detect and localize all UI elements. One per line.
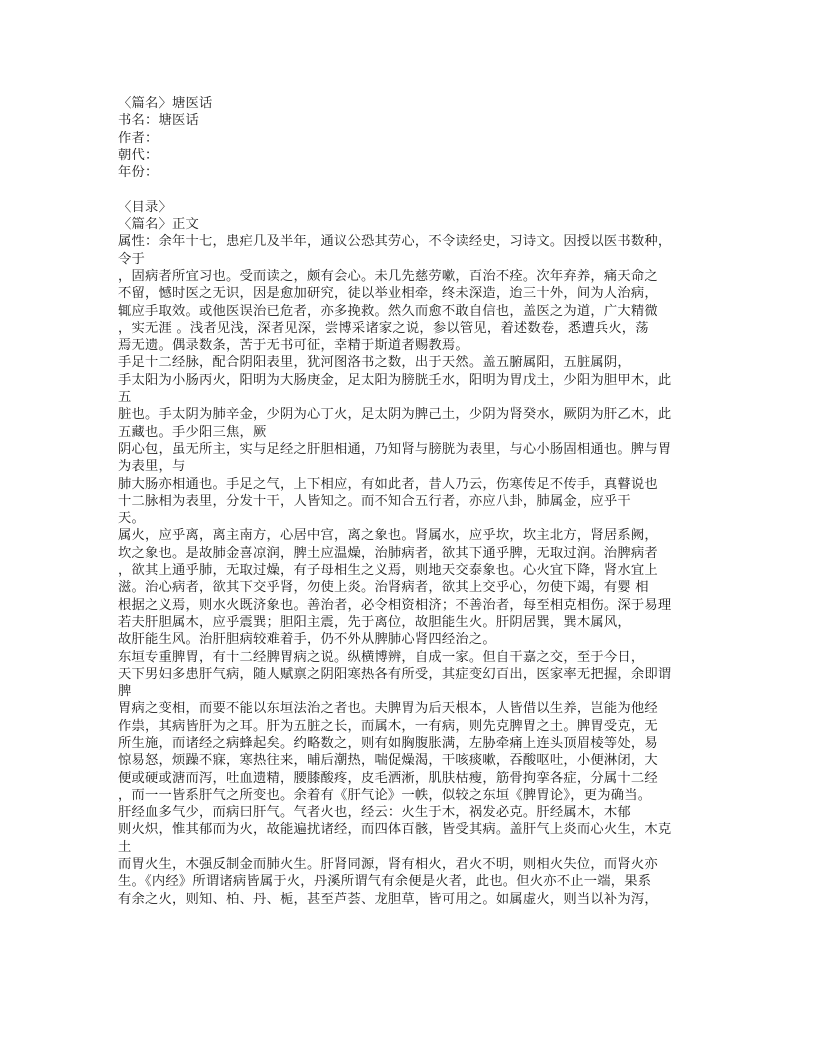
body-line: 东垣专重脾胃，有十二经脾胃病之说。纵横博辨，自成一家。但自干嘉之交，至于今日， — [118, 649, 708, 666]
body-line: 五 — [118, 389, 708, 406]
book-name-line: 书名：塘医话 — [118, 112, 708, 129]
blank-spacer — [118, 181, 708, 198]
author-line: 作者： — [118, 130, 708, 147]
body-line: 焉无遗。偶录数条，苦于无书可征，幸精于斯道者赐教焉。 — [118, 337, 708, 354]
body-line: 辄应手取效。或他医误治已危者，亦多挽救。然久而愈不敢自信也，盖医之为道，广大精微 — [118, 303, 708, 320]
body-line: 不留，憾时医之无识，因是愈加研究，徒以举业相牵，终未深造，迨三十外，间为人治病， — [118, 285, 708, 302]
body-line: 有余之火，则知、柏、丹、栀，甚至芦荟、龙胆草，皆可用之。如属虚火，则当以补为泻， — [118, 891, 708, 908]
body-text: 属性：余年十七，患疟几及半年，通议公恐其劳心，不令读经史，习诗文。因授以医书数种… — [118, 233, 708, 908]
body-line: 则火炽，惟其郁而为火，故能遍扰诸经，而四体百骸，皆受其病。盖肝气上炎而心火生，木… — [118, 821, 708, 838]
body-line: 属性：余年十七，患疟几及半年，通议公恐其劳心，不令读经史，习诗文。因授以医书数种… — [118, 233, 708, 250]
body-line: 作祟，其病皆肝为之耳。肝为五脏之长，而属木，一有病，则先克脾胃之土。脾胃受克，无 — [118, 718, 708, 735]
body-line: ，欲其上通乎肺，无取过燥，有子母相生之义焉，则地天交泰象也。心火宜下降，肾水宜上 — [118, 562, 708, 579]
body-line: 五藏也。手少阳三焦，厥 — [118, 424, 708, 441]
body-line: 若夫肝胆属木，应乎震巽；胆阳主震，先于离位，故胆能生火。肝阴居巽，巽木属风， — [118, 614, 708, 631]
title-line: 〈篇名〉塘医话 — [118, 95, 708, 112]
dynasty-line: 朝代： — [118, 147, 708, 164]
body-line: 为表里，与 — [118, 458, 708, 475]
body-line: ，实无涯 。浅者见浅，深者见深，尝博采诸家之说，参以管见，着述数卷，悉遭兵火，荡 — [118, 320, 708, 337]
body-line: 天。 — [118, 510, 708, 527]
year-line: 年份： — [118, 164, 708, 181]
body-line: 所生施，而诸经之病蜂起矣。约略数之，则有如胸腹胀满，左胁牵痛上连头顶眉棱等处，易 — [118, 735, 708, 752]
body-line: 天下男妇多患肝气病，随人赋禀之阴阳寒热各有所受，其症变幻百出，医家率无把握，余即… — [118, 666, 708, 683]
body-line: 阴心包，虽无所主，实与足经之肝胆相通，乃知肾与膀胱为表里，与心小肠固相通也。脾与… — [118, 441, 708, 458]
document-page: 〈篇名〉塘医话 书名：塘医话 作者： 朝代： 年份： 〈目录〉 〈篇名〉正文 属… — [118, 95, 708, 908]
body-line: 脏也。手太阴为肺辛金，少阴为心丁火，足太阴为脾己土，少阴为肾癸水，厥阴为肝乙木，… — [118, 406, 708, 423]
body-line: 属火，应乎离，离主南方，心居中宫，离之象也。肾属水，应乎坎，坎主北方，肾居系阙， — [118, 527, 708, 544]
toc-label: 〈目录〉 — [118, 199, 708, 216]
body-line: 滋。治心病者，欲其下交乎肾，勿使上炎。治肾病者，欲其上交乎心，勿使下竭，有婴 相 — [118, 579, 708, 596]
section-title: 〈篇名〉正文 — [118, 216, 708, 233]
body-line: 十二脉相为表里，分发十干，人皆知之。而不知合五行者，亦应八卦，肺属金，应乎干 — [118, 493, 708, 510]
body-line: 惊易怒，烦躁不寐，寒热往来，晡后潮热，喘促燥渴，干咳痰嗽，吞酸呕吐，小便淋闭，大 — [118, 752, 708, 769]
body-line: 肺大肠亦相通也。手足之气，上下相应，有如此者，昔人乃云，伤寒传足不传手，真瞽说也 — [118, 476, 708, 493]
body-line: 故肝能生风。治肝胆病较难着手，仍不外从脾肺心肾四经治之。 — [118, 631, 708, 648]
body-line: 根据之义焉，则水火既济象也。善治者，必令相资相济；不善治者，每至相克相伤。深于易… — [118, 597, 708, 614]
body-line: 手足十二经脉，配合阴阳表里，犹河图洛书之数，出于天然。盖五腑属阳，五脏属阴， — [118, 354, 708, 371]
body-line: ，固病者所宜习也。受而读之，颇有会心。未几先慈劳嗽，百治不痊。次年弃养，痛天命之 — [118, 268, 708, 285]
body-line: 令于 — [118, 251, 708, 268]
body-line: 手太阳为小肠丙火，阳明为大肠庚金，足太阳为膀胱壬水，阳明为胃戊土，少阳为胆甲木，… — [118, 372, 708, 389]
body-line: 而胃火生，木强反制金而肺火生。肝肾同源，肾有相火，君火不明，则相火失位，而肾火亦 — [118, 856, 708, 873]
body-line: 坎之象也。是故肺金喜凉润，脾土应温燥，治肺病者，欲其下通乎脾，无取过润。治脾病者 — [118, 545, 708, 562]
body-line: 肝经血多气少，而病曰肝气。气者火也，经云：火生于木，祸发必克。肝经属木，木郁 — [118, 804, 708, 821]
body-line: ，而一一皆系肝气之所变也。余着有《肝气论》一帙，似较之东垣《脾胃论》，更为确当。 — [118, 787, 708, 804]
body-line: 脾 — [118, 683, 708, 700]
body-line: 生。《内经》所谓诸病皆属于火，丹溪所谓气有余便是火者，此也。但火亦不止一端，果系 — [118, 873, 708, 890]
body-line: 胃病之变相，而要不能以东垣法治之者也。夫脾胃为后天根本，人皆借以生养，岂能为他经 — [118, 700, 708, 717]
body-line: 土 — [118, 839, 708, 856]
body-line: 便或硬或溏而泻，吐血遗精，腰膝酸疼，皮毛洒淅，肌肤枯瘦，筋骨拘挛各症，分属十二经 — [118, 770, 708, 787]
